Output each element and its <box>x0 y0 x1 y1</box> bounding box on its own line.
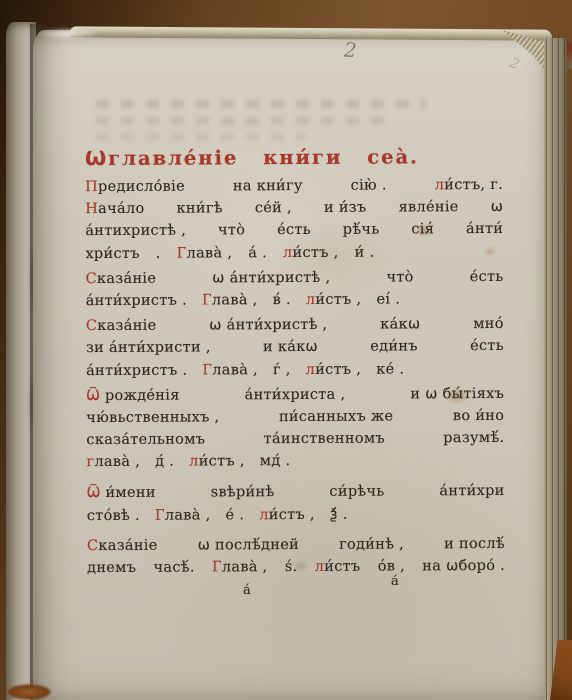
toc-word: а́нти́христъ . <box>86 291 187 312</box>
pencil-page-number: 2 <box>343 38 357 63</box>
toc-line: хри́стъ.Глава̀ ,а́ .ли́стъ ,и́ . <box>85 241 503 265</box>
toc-word: ѓ , <box>273 360 291 380</box>
toc-word: Глава̀ , <box>202 290 258 310</box>
toc-word: е́сть <box>277 220 311 240</box>
toc-word: хри́стъ <box>85 243 139 263</box>
toc-line: а́нтихристѣ ,что̀е́стьрѣ́чьсія́а́нти́ <box>85 219 503 243</box>
toc-word: во и́но <box>453 406 504 426</box>
fore-edge <box>544 38 567 700</box>
toc-word: и ѡ бы́тіяхъ <box>410 384 504 404</box>
toc-line: днемъчасѣ́.Глава̀ ,ѕ́.ли́стъо́в ,на ѡбор… <box>87 556 505 580</box>
toc-word: Предисло́віе <box>85 177 185 198</box>
toc-word: ли́стъ , <box>283 242 339 262</box>
toc-title-word: Ѡглавле́ніе <box>85 146 239 177</box>
toc-word: ѕвѣри́нѣ <box>211 483 275 503</box>
toc-word: ли́стъ , <box>259 505 315 525</box>
toc-word: сію̀ . <box>351 176 387 196</box>
toc-word: ка́кѡ <box>380 314 420 334</box>
toc-word: а́нти́хри <box>439 481 504 501</box>
toc-word: ли́стъ, г. <box>435 175 503 195</box>
toc-word: ѕ́. <box>285 557 298 577</box>
toc-word: Глава̀ , <box>202 360 258 380</box>
page-curl-highlight <box>36 27 100 40</box>
toc-word: чю́вьственныхъ , <box>86 407 219 428</box>
table-of-contents: Ѡглавле́ніе кни́ги сеа̀. Предисло́віена … <box>85 145 505 580</box>
toc-title: Ѡглавле́ніе кни́ги сеа̀. <box>85 145 419 177</box>
toc-word: Ѿ и́мени <box>87 483 156 503</box>
toc-line: Сказа́ніеѡ а́нти́христѣ ,что̀е́сть <box>86 267 504 291</box>
toc-word: и ка́кѡ <box>263 337 318 357</box>
toc-title-word: кни́ги <box>263 146 342 176</box>
toc-line: Ѿ и́мениѕвѣри́нѣси́рѣчьа́нти́хри <box>87 481 505 505</box>
toc-word: Сказа́ніе <box>86 316 157 336</box>
toc-line: сто́вѣ .Глава̀ ,е́ .ли́стъ ,ѯ́ . <box>87 504 505 528</box>
toc-line: глава̀ ,д́ .ли́стъ ,мд́ . <box>86 450 504 474</box>
toc-word: годи́нѣ , <box>339 534 404 554</box>
toc-word: ке́ . <box>376 359 404 379</box>
toc-word: зи а́нти́христи , <box>86 338 211 359</box>
toc-word: еди́нъ <box>370 337 418 357</box>
toc-word: а́нтихристѣ , <box>85 221 186 242</box>
toc-word: си́рѣчь <box>329 482 384 502</box>
toc-line: Сказа́ніеѡ послѣ́днейгоди́нѣ ,и послѣ́ <box>87 534 505 558</box>
toc-word: Глава̀ , <box>177 243 233 263</box>
toc-word: Сказа́ніе <box>87 536 158 556</box>
toc-word: часѣ́. <box>153 558 194 578</box>
toc-word: ѡ <box>491 197 504 217</box>
toc-line: Сказа́ніеѡ а́нти́христѣ ,ка́кѡмно́ <box>86 314 504 338</box>
toc-word: на ѡборо́ . <box>422 556 505 576</box>
toc-line: а́нти́христъ .Глава̀ ,ѓ ,ли́стъ ,ке́ . <box>86 358 504 382</box>
toc-line: Предисло́віена кни́гусію̀ .ли́стъ, г. <box>85 175 503 199</box>
toc-word: . <box>156 243 161 263</box>
toc-line: зи а́нти́христи ,и ка́кѡеди́нъе́сть <box>86 336 504 360</box>
toc-word: Нача́ло <box>85 199 144 219</box>
toc-word: ѡ а́нти́христѣ , <box>212 268 330 289</box>
toc-word: мно́ <box>473 314 504 334</box>
toc-word: а́нти́христъ . <box>86 360 187 381</box>
toc-word: а́нти́ <box>466 219 503 239</box>
toc-word: ѯ́ . <box>330 504 348 524</box>
toc-word: Сказа́ніе <box>86 268 157 288</box>
toc-word: на кни́гу <box>233 176 303 196</box>
toc-line: чю́вьственныхъ ,пи́санныхъ жево и́но <box>86 406 504 430</box>
bleed-through <box>96 100 426 108</box>
toc-word: Глава̀ , <box>212 557 268 577</box>
toc-line: Нача́локни́гѣсе́й ,и и́зъявле́ніеѡ <box>85 197 503 221</box>
toc-word: и и́зъ <box>324 198 367 218</box>
catchword: а́ <box>391 574 399 589</box>
toc-lines: Предисло́віена кни́гусію̀ .ли́стъ, г.Нач… <box>85 175 505 580</box>
toc-word: в́ . <box>273 290 291 310</box>
toc-word: Глава̀ , <box>155 505 211 525</box>
toc-line: а́нти́христъ .Глава̀ ,в́ .ли́стъ ,еі́ . <box>86 289 504 313</box>
toc-word: е́сть <box>470 336 504 356</box>
toc-word: разумѣ́. <box>443 428 504 448</box>
toc-word: сказа́тельномъ <box>86 430 205 451</box>
toc-word: и́ . <box>355 242 375 262</box>
toc-word: что̀ <box>386 267 413 287</box>
toc-word: Ѿ рожде́нія <box>86 385 180 405</box>
toc-word: та́инственномъ <box>264 429 385 450</box>
toc-word: е́сть <box>470 267 504 287</box>
toc-line: Ѿ рожде́ніяа́нти́христа ,и ѡ бы́тіяхъ <box>86 384 504 408</box>
binding-bottom-left <box>6 684 52 700</box>
toc-title-word: сеа̀. <box>367 145 419 175</box>
toc-word: ѡ послѣ́дней <box>198 535 299 556</box>
bleed-through <box>96 117 396 125</box>
toc-word: ѡ а́нти́христѣ , <box>209 315 327 336</box>
toc-word: явле́ніе <box>399 197 459 217</box>
book-photo: 2 2 Ѡглавле́ніе кни́ги сеа̀. Предисло́ві… <box>0 0 572 700</box>
toc-word: что̀ <box>218 221 245 241</box>
toc-word: еі́ . <box>376 289 400 309</box>
toc-word: сто́вѣ . <box>87 505 140 525</box>
toc-word: рѣ́чь <box>343 220 380 240</box>
toc-word: се́й , <box>255 198 292 218</box>
toc-word: пи́санныхъ же <box>279 406 394 427</box>
toc-word: ли́стъ , <box>306 359 362 379</box>
toc-word: а́нти́христа , <box>245 384 346 405</box>
catchword: а́ <box>243 583 251 598</box>
toc-word: сія́ <box>411 220 434 240</box>
toc-word: д́ . <box>155 452 174 472</box>
toc-word: е́ . <box>225 505 244 525</box>
toc-word: глава̀ , <box>86 452 140 472</box>
toc-word: мд́ . <box>260 451 291 471</box>
toc-word: днемъ <box>87 558 136 578</box>
toc-word: ли́стъ , <box>189 452 245 472</box>
toc-word: а́ . <box>248 243 267 263</box>
bleed-through <box>96 133 306 141</box>
toc-line: сказа́тельномъта́инственномъразумѣ́. <box>86 428 504 452</box>
toc-word: кни́гѣ <box>176 199 222 219</box>
toc-word: и послѣ́ <box>444 534 505 554</box>
toc-word: ли́стъ <box>315 557 361 577</box>
toc-word: ли́стъ , <box>306 290 362 310</box>
